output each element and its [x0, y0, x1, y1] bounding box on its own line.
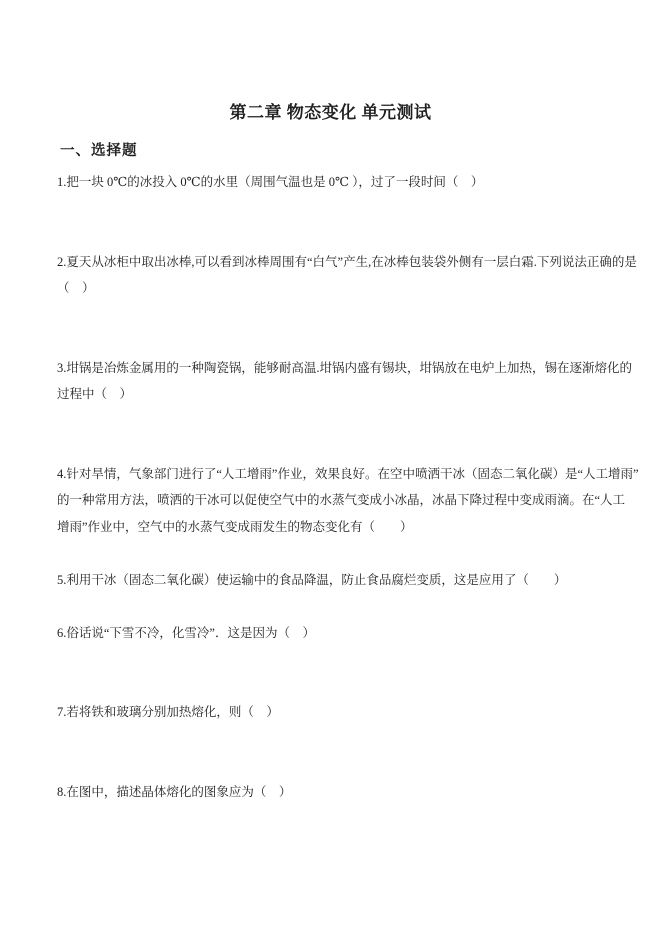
question-2-line-1: 2.夏天从冰柜中取出冰棒,可以看到冰棒周围有“白气”产生,在冰棒包装袋外侧有一层…	[0, 249, 661, 276]
question-5-options-row: A.干冰熔化吸热 B.干冰升华吸热 C.干冰液化放热 D.干冰凝华放热	[0, 593, 661, 620]
question-6-text: 6.俗话说“下雪不冷，化雪冷”．这是因为（ ）	[0, 620, 661, 647]
question-6-options-row-1: A.下雪时雪的温度比较高 B.化雪时要吸收热量	[0, 646, 661, 673]
section-header: 一、选择题	[0, 142, 661, 160]
question-5-text: 5.利用干冰（固态二氧化碳）使运输中的食品降温，防止食品腐烂变质，这是应用了（ …	[0, 567, 661, 594]
question-4-line-3: 增雨”作业中，空气中的水蒸气变成雨发生的物态变化有（ ）	[0, 514, 661, 541]
question-4-line-1: 4.针对旱情，气象部门进行了“人工增雨”作业，效果良好。在空中喷洒干冰（固态二氧…	[0, 461, 661, 488]
question-8-text: 8.在图中，描述晶体熔化的图象应为（ ）	[0, 779, 661, 806]
test-paper-page: 第二章 物态变化 单元测试 一、选择题 1.把一块 0℃的冰投入 0℃的水里（周…	[0, 0, 661, 936]
question-2-line-2: （ ）	[0, 275, 661, 302]
question-4-options-row: A.凝华和熔化 B.凝华和液化 C.凝固和熔化 D.凝固和液化	[0, 540, 661, 567]
question-7-text: 7.若将铁和玻璃分别加热熔化，则（ ）	[0, 699, 661, 726]
questions-block: 1.把一块 0℃的冰投入 0℃的水里（周围气温也是 0℃ ），过了一段时间（ ）…	[0, 169, 661, 805]
question-1-options-row-2: C.有些水凝固成冰使冰增多 D.以上三种情况都可能发生	[0, 222, 661, 249]
question-1-options-row-1: A.有些冰熔化成水使水增多 B.冰和水的数量都没变	[0, 196, 661, 223]
question-3-line-1: 3.坩锅是冶炼金属用的一种陶瓷锅，能够耐高温.坩锅内盛有锡块，坩锅放在电炉上加热…	[0, 355, 661, 382]
question-2-options-row-1: A.“白气”是水蒸气 B.“白气”的形成需要放热	[0, 302, 661, 329]
question-2-options-row-2: C.白霜的形成是凝固现象 D.白霜的形成需要吸热	[0, 328, 661, 355]
question-3-options-row-1: A.要不断吸热，温度不断上升 B.要不断放热，温度不断上升	[0, 408, 661, 435]
question-7-options-row-2: C.铁和玻璃都会熔化，但铁有熔点，而玻璃没有熔点 D.上述说法都不正确	[0, 752, 661, 779]
question-3-line-2: 过程中（ ）	[0, 381, 661, 408]
question-4-line-2: 的一种常用方法，喷洒的干冰可以促使空气中的水蒸气变成小冰晶，冰晶下降过程中变成雨…	[0, 487, 661, 514]
question-1-text: 1.把一块 0℃的冰投入 0℃的水里（周围气温也是 0℃ ），过了一段时间（ ）	[0, 169, 661, 196]
question-6-options-row-2: C.化雪时要放出热量 D.雪容易传热	[0, 673, 661, 700]
question-7-options-row-1: A.玻璃没有熔点，所以不会熔化 B.铁和玻璃在熔化过程中温度都在不断升高	[0, 726, 661, 753]
page-title: 第二章 物态变化 单元测试	[0, 0, 661, 125]
question-3-options-row-2: C.要不断吸热，温度保持不变 D.要不断放热，温度保持不变	[0, 434, 661, 461]
